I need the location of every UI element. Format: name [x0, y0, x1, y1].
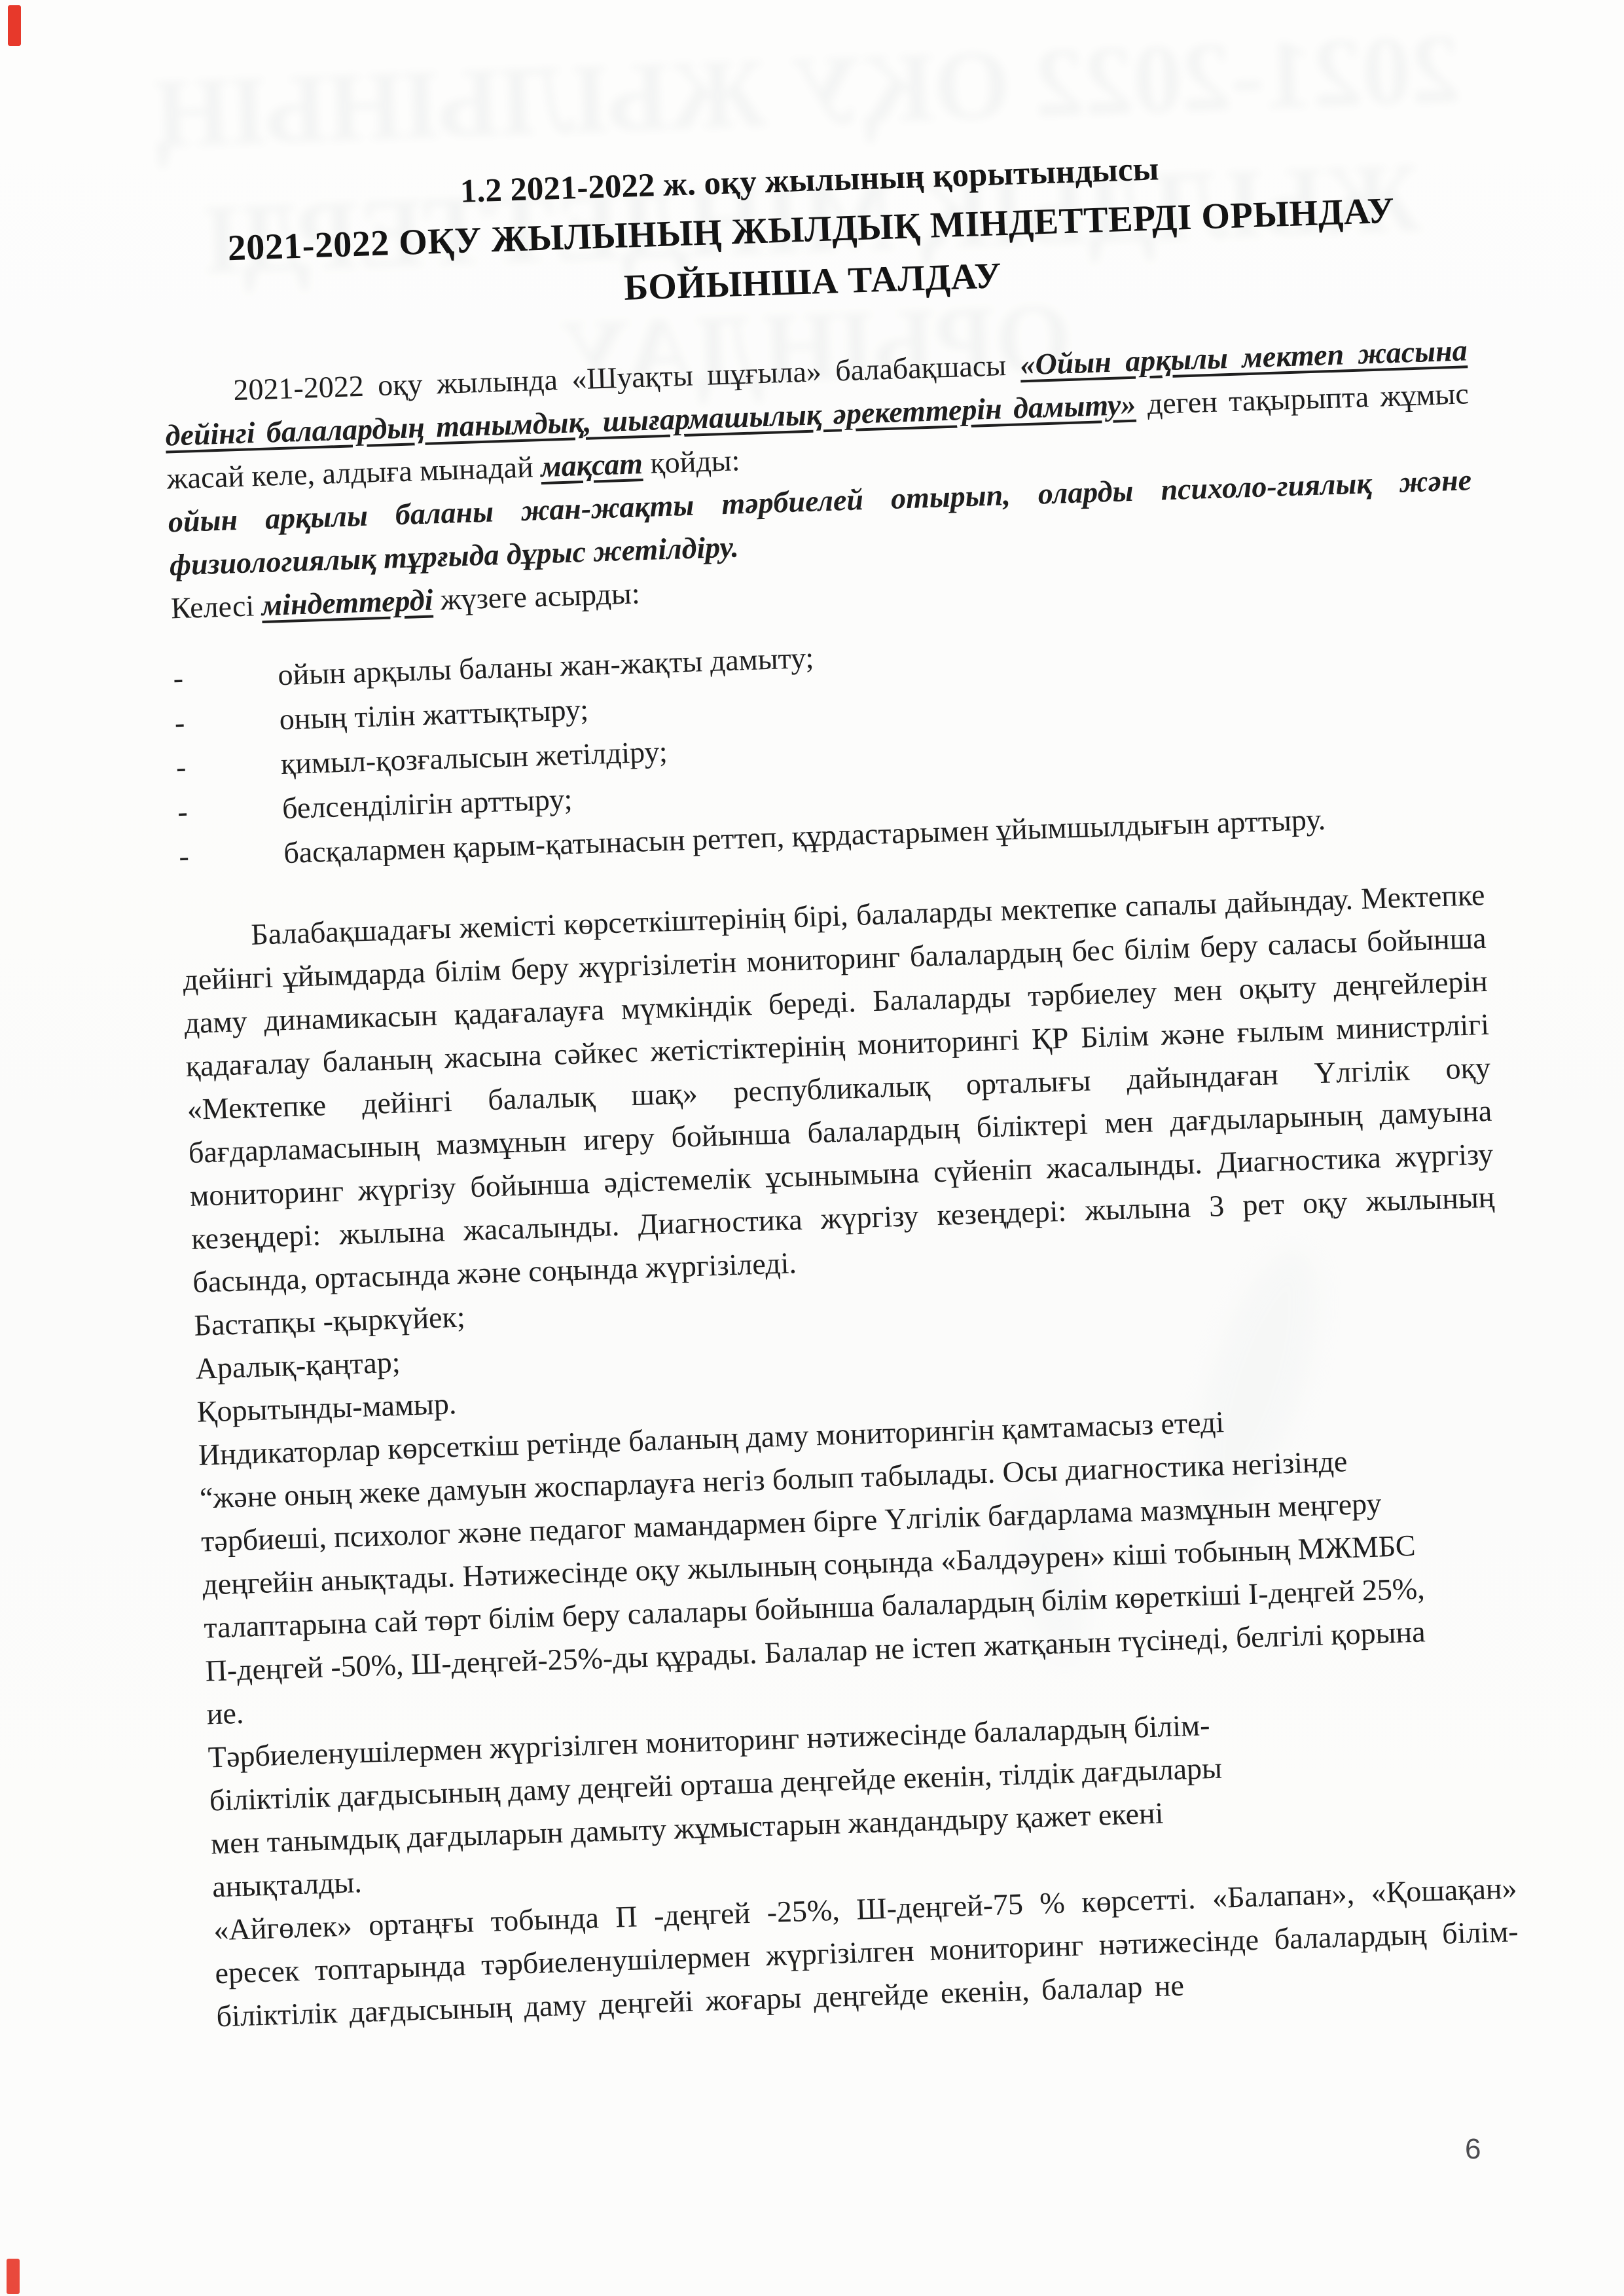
- tasks-list: -ойын арқылы баланы жан-жақты дамыту; -о…: [173, 614, 1483, 879]
- scanned-document-page: 2021-2022 ОҚУ ЖЫЛЫНЫҢ ЖЫЛДЫҚ МІНДЕТТЕРДІ…: [0, 0, 1624, 2296]
- red-edge-mark-top: [8, 5, 21, 46]
- document-content: 1.2 2021-2022 ж. оқу жылының қорытындысы…: [157, 136, 1521, 2038]
- dash-marker: -: [175, 742, 281, 790]
- page-number: 6: [1465, 2133, 1481, 2166]
- body-paragraph-skills: Тәрбиеленушілермен жүргізілген мониторин…: [208, 1702, 1280, 1908]
- tasks-word: міндеттерді: [261, 583, 433, 622]
- body-paragraph-results: “және оның жеке дамуын жоспарлауға негіз…: [199, 1437, 1437, 1736]
- body-paragraph-monitoring: Балабақшадағы жемісті көрсеткіштерінің б…: [181, 873, 1496, 1304]
- dash-marker: -: [177, 786, 283, 834]
- dash-marker: -: [178, 831, 284, 879]
- dash-marker: -: [174, 697, 280, 745]
- red-edge-mark-bottom: [7, 2259, 20, 2294]
- goal-word: мақсат: [540, 446, 643, 483]
- dash-marker: -: [173, 653, 279, 701]
- tasks-lead-text-2: жүзеге асырды:: [433, 576, 641, 616]
- intro-text-3: қойды:: [642, 443, 740, 480]
- tasks-lead-text-1: Келесі: [170, 589, 262, 625]
